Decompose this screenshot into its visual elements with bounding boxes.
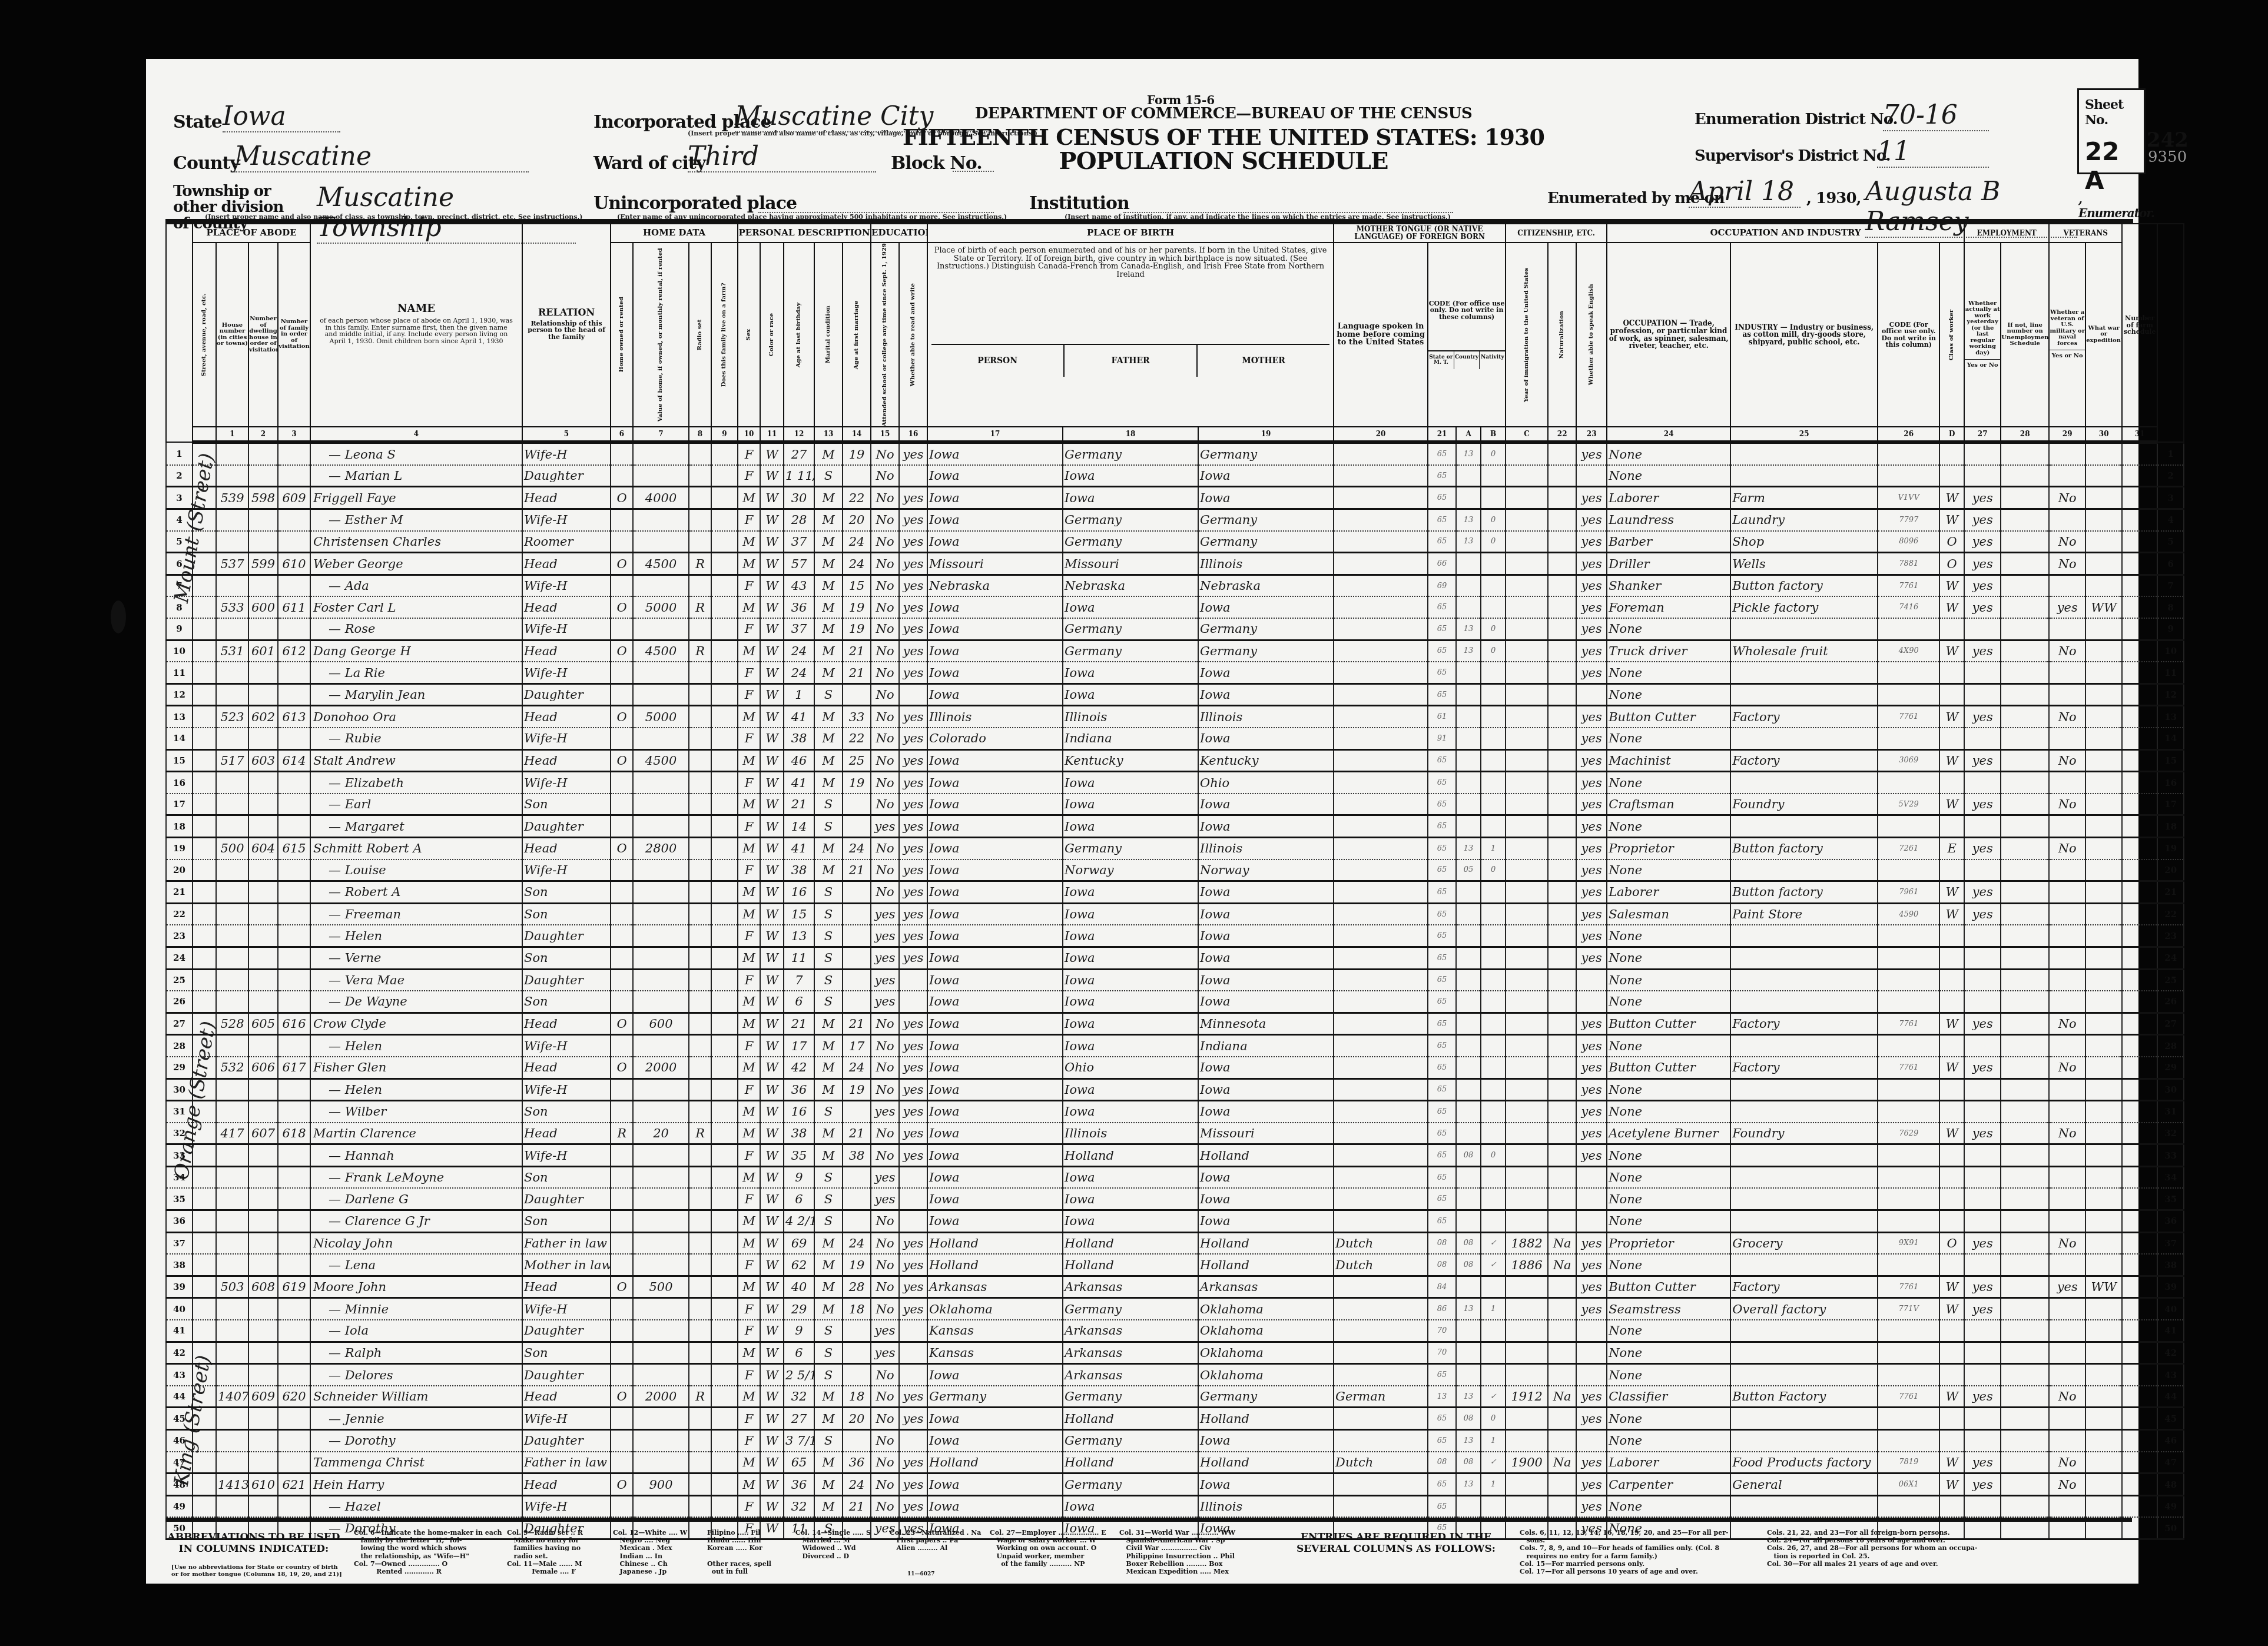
birthplace-cell: Kansas [927, 1320, 1063, 1342]
war-cell [2085, 1232, 2122, 1254]
home-owned-cell [611, 815, 633, 838]
person-name-cell: Stalt Andrew [310, 749, 522, 772]
code-a-cell: 65 [1428, 991, 1456, 1013]
code-c-cell [1481, 947, 1506, 969]
sex-cell: F [738, 772, 760, 794]
naturalization-cell [1548, 553, 1576, 575]
sex-cell: M [738, 1123, 760, 1144]
enumerated-year: , 1930, [1806, 190, 1861, 207]
unemployment-line-cell [2001, 1210, 2049, 1233]
column-number: 28 [2001, 427, 2049, 442]
home-owned-cell: O [611, 1474, 633, 1496]
family-number-cell: 614 [278, 749, 310, 772]
age-cell: 11 [784, 947, 814, 969]
age-cell: 6 [784, 991, 814, 1013]
at-work-cell: yes [1964, 837, 2001, 859]
radio-cell [689, 465, 711, 487]
mother-tongue-cell [1334, 1210, 1428, 1233]
father-birthplace-cell: Illinois [1063, 706, 1198, 728]
dwelling-number-cell [248, 1364, 278, 1386]
radio-cell [689, 991, 711, 1013]
at-work-cell [1964, 925, 2001, 947]
census-table-container: PLACE OF ABODE NAMEof each person whose … [165, 219, 2133, 1540]
occupation-cell: None [1607, 728, 1730, 749]
veteran-cell: No [2049, 706, 2085, 728]
code-c-cell [1481, 772, 1506, 794]
mother-birthplace-cell: Iowa [1198, 903, 1334, 925]
veteran-cell [2049, 925, 2085, 947]
radio-cell [689, 1013, 711, 1035]
father-birthplace-cell: Germany [1063, 509, 1198, 531]
code-a-cell: 65 [1428, 442, 1456, 465]
naturalization-cell: Na [1548, 1452, 1576, 1474]
occupation-cell: None [1607, 1101, 1730, 1123]
at-work-cell: yes [1964, 1123, 2001, 1144]
veteran-cell [2049, 859, 2085, 881]
line-number-right: 37 [2157, 1232, 2184, 1254]
war-cell [2085, 1298, 2122, 1320]
home-owned-cell [611, 1166, 633, 1188]
street-cell [193, 640, 216, 662]
column-number: 21 [1428, 427, 1456, 442]
code-b-cell: 05 [1456, 859, 1481, 881]
unemployment-line-cell [2001, 442, 2049, 465]
farm-schedule-cell [2122, 465, 2157, 487]
person-name-cell: — Louise [310, 859, 522, 881]
family-number-cell: 620 [278, 1386, 310, 1408]
house-number-cell: 1413 [216, 1474, 248, 1496]
read-write-cell: yes [899, 749, 927, 772]
school-cell: No [871, 1495, 899, 1517]
code-b-cell [1456, 706, 1481, 728]
relation-cell: Son [522, 1210, 611, 1233]
veteran-cell: No [2049, 1474, 2085, 1496]
street-cell [193, 487, 216, 509]
person-name-cell: Fisher Glen [310, 1057, 522, 1078]
birthplace-cell: Iowa [927, 1035, 1063, 1057]
code-d-cell: 7761 [1878, 706, 1939, 728]
war-cell [2085, 859, 2122, 881]
naturalization-cell [1548, 596, 1576, 618]
line-number: 14 [166, 728, 193, 749]
sex-cell: F [738, 618, 760, 640]
immigration-year-cell [1506, 596, 1548, 618]
class-of-worker-cell [1939, 1188, 1964, 1210]
unemployment-line-cell [2001, 596, 2049, 618]
father-birthplace-cell: Arkansas [1063, 1342, 1198, 1364]
mother-birthplace-cell: Iowa [1198, 991, 1334, 1013]
code-c-cell [1481, 1057, 1506, 1078]
dwelling-number-cell [248, 465, 278, 487]
code-c-cell [1481, 683, 1506, 706]
mother-birthplace-cell: Holland [1198, 1452, 1334, 1474]
marital-cell: S [814, 925, 843, 947]
age-first-marriage-cell: 19 [843, 1254, 871, 1276]
age-first-marriage-cell: 21 [843, 1013, 871, 1035]
dwelling-number-cell [248, 1166, 278, 1188]
code-c-cell [1481, 1101, 1506, 1123]
speak-english-cell: yes [1576, 553, 1607, 575]
war-cell [2085, 553, 2122, 575]
industry-cell [1730, 815, 1878, 838]
family-number-cell [278, 1298, 310, 1320]
dwelling-number-cell: 601 [248, 640, 278, 662]
sex-cell: M [738, 1342, 760, 1364]
read-write-cell: yes [899, 1495, 927, 1517]
code-c-cell [1481, 596, 1506, 618]
code-a-cell: 65 [1428, 1057, 1456, 1078]
father-birthplace-cell: Germany [1063, 531, 1198, 553]
code-a-cell: 65 [1428, 487, 1456, 509]
industry-cell: Factory [1730, 749, 1878, 772]
line-number-right: 17 [2157, 794, 2184, 815]
family-number-cell: 615 [278, 837, 310, 859]
census-row: 2— Marian LDaughterFW1 11/12SNoIowaIowaI… [166, 465, 2184, 487]
age-cell: 36 [784, 596, 814, 618]
person-name-cell: — Earl [310, 794, 522, 815]
code-b-cell [1456, 1078, 1481, 1101]
home-owned-cell [611, 1101, 633, 1123]
birthplace-cell: Iowa [927, 815, 1063, 838]
line-number: 22 [166, 903, 193, 925]
age-first-marriage-cell: 24 [843, 837, 871, 859]
code-b-cell [1456, 1364, 1481, 1386]
war-cell [2085, 1386, 2122, 1408]
marital-cell: M [814, 1144, 843, 1167]
immigration-year-cell [1506, 1013, 1548, 1035]
home-owned-cell [611, 859, 633, 881]
abbrev-col27: Col. 27—Employer .................. E Wa… [990, 1529, 1106, 1568]
street-cell [193, 947, 216, 969]
farm-cell [711, 728, 738, 749]
code-d-cell [1878, 1320, 1939, 1342]
immigration-year-cell [1506, 1430, 1548, 1452]
census-row: 28— HelenWife-HFW17M17NoyesIowaIowaIndia… [166, 1035, 2184, 1057]
census-row: 47Tammenga ChristFather in lawMW65M36Noy… [166, 1452, 2184, 1474]
sex-cell: M [738, 1452, 760, 1474]
speak-english-cell: yes [1576, 837, 1607, 859]
war-cell [2085, 1101, 2122, 1123]
code-b-cell [1456, 925, 1481, 947]
relation-cell: Wife-H [522, 1078, 611, 1101]
house-number-cell [216, 575, 248, 596]
war-cell [2085, 772, 2122, 794]
dwelling-number-cell: 599 [248, 553, 278, 575]
school-cell: No [871, 1386, 899, 1408]
line-number: 13 [166, 706, 193, 728]
line-number: 5 [166, 531, 193, 553]
code-b-cell [1456, 1013, 1481, 1035]
line-number-right: 45 [2157, 1408, 2184, 1430]
col-26-header: INDUSTRY — Industry or business, as cott… [1730, 243, 1878, 427]
farm-cell [711, 683, 738, 706]
war-cell [2085, 903, 2122, 925]
farm-schedule-cell [2122, 1320, 2157, 1342]
class-of-worker-cell [1939, 1320, 1964, 1342]
mother-birthplace-cell: Ohio [1198, 772, 1334, 794]
code-c-cell [1481, 881, 1506, 904]
person-name-cell: — Verne [310, 947, 522, 969]
veteran-cell [2049, 1188, 2085, 1210]
sex-cell: M [738, 1166, 760, 1188]
class-of-worker-cell: W [1939, 1276, 1964, 1298]
farm-cell [711, 640, 738, 662]
war-cell [2085, 1123, 2122, 1144]
radio-cell [689, 442, 711, 465]
naturalization-cell [1548, 1364, 1576, 1386]
code-c-cell: 1 [1481, 837, 1506, 859]
enumerated-date: April 18 [1689, 177, 1801, 208]
census-row: 41— IolaDaughterFW9SyesKansasArkansasOkl… [166, 1320, 2184, 1342]
race-cell: W [760, 1474, 784, 1496]
col-22-header: Year of immigration to the United States [1506, 243, 1548, 427]
father-birthplace-cell: Germany [1063, 837, 1198, 859]
line-number: 15 [166, 749, 193, 772]
farm-cell [711, 749, 738, 772]
home-value-cell [633, 903, 689, 925]
home-value-cell [633, 1188, 689, 1210]
line-number: 27 [166, 1013, 193, 1035]
house-number-cell [216, 509, 248, 531]
col-31-header: What war or expedition? [2085, 243, 2122, 427]
sex-cell: F [738, 1495, 760, 1517]
father-birthplace-cell: Ohio [1063, 1057, 1198, 1078]
read-write-cell: yes [899, 1123, 927, 1144]
column-number: 14 [843, 427, 871, 442]
farm-cell [711, 1013, 738, 1035]
radio-cell [689, 1452, 711, 1474]
unemployment-line-cell [2001, 728, 2049, 749]
dwelling-number-cell [248, 442, 278, 465]
house-number-cell: 539 [216, 487, 248, 509]
birthplace-cell: Iowa [927, 1123, 1063, 1144]
class-of-worker-cell [1939, 1166, 1964, 1188]
mother-tongue-cell [1334, 1057, 1428, 1078]
street-cell [193, 1144, 216, 1167]
age-first-marriage-cell: 22 [843, 728, 871, 749]
race-cell: W [760, 1078, 784, 1101]
read-write-cell: yes [899, 618, 927, 640]
mother-birthplace-cell: Iowa [1198, 1210, 1334, 1233]
occupation-cell: None [1607, 1495, 1730, 1517]
home-value-cell: 600 [633, 1013, 689, 1035]
farm-cell [711, 859, 738, 881]
unemployment-line-cell [2001, 662, 2049, 683]
line-number-right: 23 [2157, 925, 2184, 947]
veteran-cell [2049, 465, 2085, 487]
line-number-right: 11 [2157, 662, 2184, 683]
person-name-cell: — Wilber [310, 1101, 522, 1123]
col-13-header: Age at last birthday [784, 243, 814, 427]
sex-cell: F [738, 1320, 760, 1342]
mother-birthplace-cell: Iowa [1198, 1166, 1334, 1188]
immigration-year-cell [1506, 553, 1548, 575]
birthplace-cell: Iowa [927, 1078, 1063, 1101]
home-owned-cell: R [611, 1123, 633, 1144]
father-birthplace-cell: Iowa [1063, 683, 1198, 706]
industry-cell: Wholesale fruit [1730, 640, 1878, 662]
farm-schedule-cell [2122, 640, 2157, 662]
line-number-right: 27 [2157, 1013, 2184, 1035]
relation-cell: Head [522, 553, 611, 575]
naturalization-cell [1548, 509, 1576, 531]
dwelling-number-cell: 609 [248, 1386, 278, 1408]
marital-cell: S [814, 969, 843, 991]
home-value-cell [633, 1144, 689, 1167]
father-birthplace-cell: Missouri [1063, 553, 1198, 575]
age-cell: 42 [784, 1057, 814, 1078]
home-owned-cell [611, 1298, 633, 1320]
column-number: 20 [1334, 427, 1428, 442]
read-write-cell [899, 991, 927, 1013]
farm-schedule-cell [2122, 1123, 2157, 1144]
census-row: 45— JennieWife-HFW27M20NoyesIowaHollandH… [166, 1408, 2184, 1430]
farm-schedule-cell [2122, 706, 2157, 728]
mother-birthplace-cell: Germany [1198, 531, 1334, 553]
code-c-cell [1481, 925, 1506, 947]
group-mother-tongue: MOTHER TONGUE (OR NATIVE LANGUAGE) OF FO… [1334, 224, 1506, 243]
census-row: 15517603614Stalt AndrewHeadO4500MW46M25N… [166, 749, 2184, 772]
person-name-cell: Crow Clyde [310, 1013, 522, 1035]
age-cell: 21 [784, 794, 814, 815]
school-cell: yes [871, 903, 899, 925]
relation-cell: Wife-H [522, 662, 611, 683]
street-cell [193, 903, 216, 925]
person-name-cell: — Lena [310, 1254, 522, 1276]
unemployment-line-cell [2001, 640, 2049, 662]
speak-english-cell [1576, 969, 1607, 991]
dwelling-number-cell [248, 1495, 278, 1517]
sex-cell: M [738, 991, 760, 1013]
col-9-header: Radio set [689, 243, 711, 427]
home-value-cell [633, 531, 689, 553]
age-cell: 9 [784, 1166, 814, 1188]
code-a-cell: 08 [1428, 1452, 1456, 1474]
war-cell [2085, 1254, 2122, 1276]
street-cell [193, 662, 216, 683]
sex-cell: F [738, 1035, 760, 1057]
read-write-cell: yes [899, 1057, 927, 1078]
house-number-cell [216, 1188, 248, 1210]
line-number: 10 [166, 640, 193, 662]
code-a-cell: 69 [1428, 575, 1456, 596]
farm-cell [711, 1342, 738, 1364]
occupation-cell: Acetylene Burner [1607, 1123, 1730, 1144]
sex-cell: F [738, 728, 760, 749]
home-value-cell [633, 618, 689, 640]
mother-birthplace-cell: Illinois [1198, 837, 1334, 859]
code-d-cell: 7797 [1878, 509, 1939, 531]
industry-cell: Food Products factory [1730, 1452, 1878, 1474]
code-d-cell [1878, 1101, 1939, 1123]
marital-cell: M [814, 1495, 843, 1517]
class-of-worker-cell: O [1939, 1232, 1964, 1254]
at-work-cell [1964, 442, 2001, 465]
column-number: 8 [689, 427, 711, 442]
house-number-cell [216, 947, 248, 969]
at-work-cell [1964, 1342, 2001, 1364]
street-cell [193, 706, 216, 728]
code-c-cell [1481, 815, 1506, 838]
code-a-cell: 65 [1428, 1166, 1456, 1188]
industry-cell: Factory [1730, 1276, 1878, 1298]
immigration-year-cell [1506, 1035, 1548, 1057]
farm-schedule-cell [2122, 881, 2157, 904]
farm-cell [711, 1386, 738, 1408]
code-b-cell: 13 [1456, 1386, 1481, 1408]
farm-cell [711, 442, 738, 465]
sex-cell: F [738, 509, 760, 531]
at-work-cell: yes [1964, 1298, 2001, 1320]
mother-tongue-cell [1334, 925, 1428, 947]
read-write-cell: yes [899, 1408, 927, 1430]
naturalization-cell [1548, 1298, 1576, 1320]
mother-tongue-cell [1334, 575, 1428, 596]
veteran-cell: No [2049, 1123, 2085, 1144]
dwelling-number-cell [248, 881, 278, 904]
column-number: 10 [738, 427, 760, 442]
farm-cell [711, 487, 738, 509]
read-write-cell: yes [899, 947, 927, 969]
radio-cell [689, 1188, 711, 1210]
at-work-cell [1964, 947, 2001, 969]
school-cell: No [871, 794, 899, 815]
marital-cell: M [814, 1452, 843, 1474]
occupation-cell: Button Cutter [1607, 1013, 1730, 1035]
column-number: 13 [814, 427, 843, 442]
line-number-right: 25 [2157, 969, 2184, 991]
read-write-cell: yes [899, 1298, 927, 1320]
marital-cell: S [814, 1342, 843, 1364]
industry-cell: Foundry [1730, 794, 1878, 815]
race-cell: W [760, 509, 784, 531]
marital-cell: S [814, 903, 843, 925]
speak-english-cell: yes [1576, 947, 1607, 969]
home-value-cell: 2000 [633, 1057, 689, 1078]
immigration-year-cell [1506, 1166, 1548, 1188]
read-write-cell [899, 1188, 927, 1210]
code-a-cell: 08 [1428, 1232, 1456, 1254]
column-number: B [1481, 427, 1506, 442]
relation-cell: Daughter [522, 1430, 611, 1452]
family-number-cell [278, 1408, 310, 1430]
speak-english-cell: yes [1576, 794, 1607, 815]
street-cell [193, 1078, 216, 1101]
age-cell: 27 [784, 442, 814, 465]
line-number-right: 34 [2157, 1166, 2184, 1188]
race-cell: W [760, 1123, 784, 1144]
pob-note: Place of birth of each person enumerated… [927, 243, 1334, 427]
class-of-worker-cell [1939, 442, 1964, 465]
department-title: DEPARTMENT OF COMMERCE—BUREAU OF THE CEN… [870, 105, 1577, 122]
unemployment-line-cell [2001, 1364, 2049, 1386]
class-of-worker-cell: W [1939, 596, 1964, 618]
unemployment-line-cell [2001, 1123, 2049, 1144]
dwelling-number-cell [248, 531, 278, 553]
war-cell [2085, 991, 2122, 1013]
marital-cell: S [814, 1320, 843, 1342]
house-number-cell: 503 [216, 1276, 248, 1298]
birthplace-cell: Iowa [927, 794, 1063, 815]
mother-birthplace-cell: Illinois [1198, 553, 1334, 575]
farm-schedule-cell [2122, 1232, 2157, 1254]
immigration-year-cell [1506, 575, 1548, 596]
mother-birthplace-cell: Oklahoma [1198, 1364, 1334, 1386]
home-value-cell [633, 1101, 689, 1123]
class-of-worker-cell: W [1939, 1386, 1964, 1408]
home-owned-cell: O [611, 837, 633, 859]
relation-cell: Wife-H [522, 618, 611, 640]
